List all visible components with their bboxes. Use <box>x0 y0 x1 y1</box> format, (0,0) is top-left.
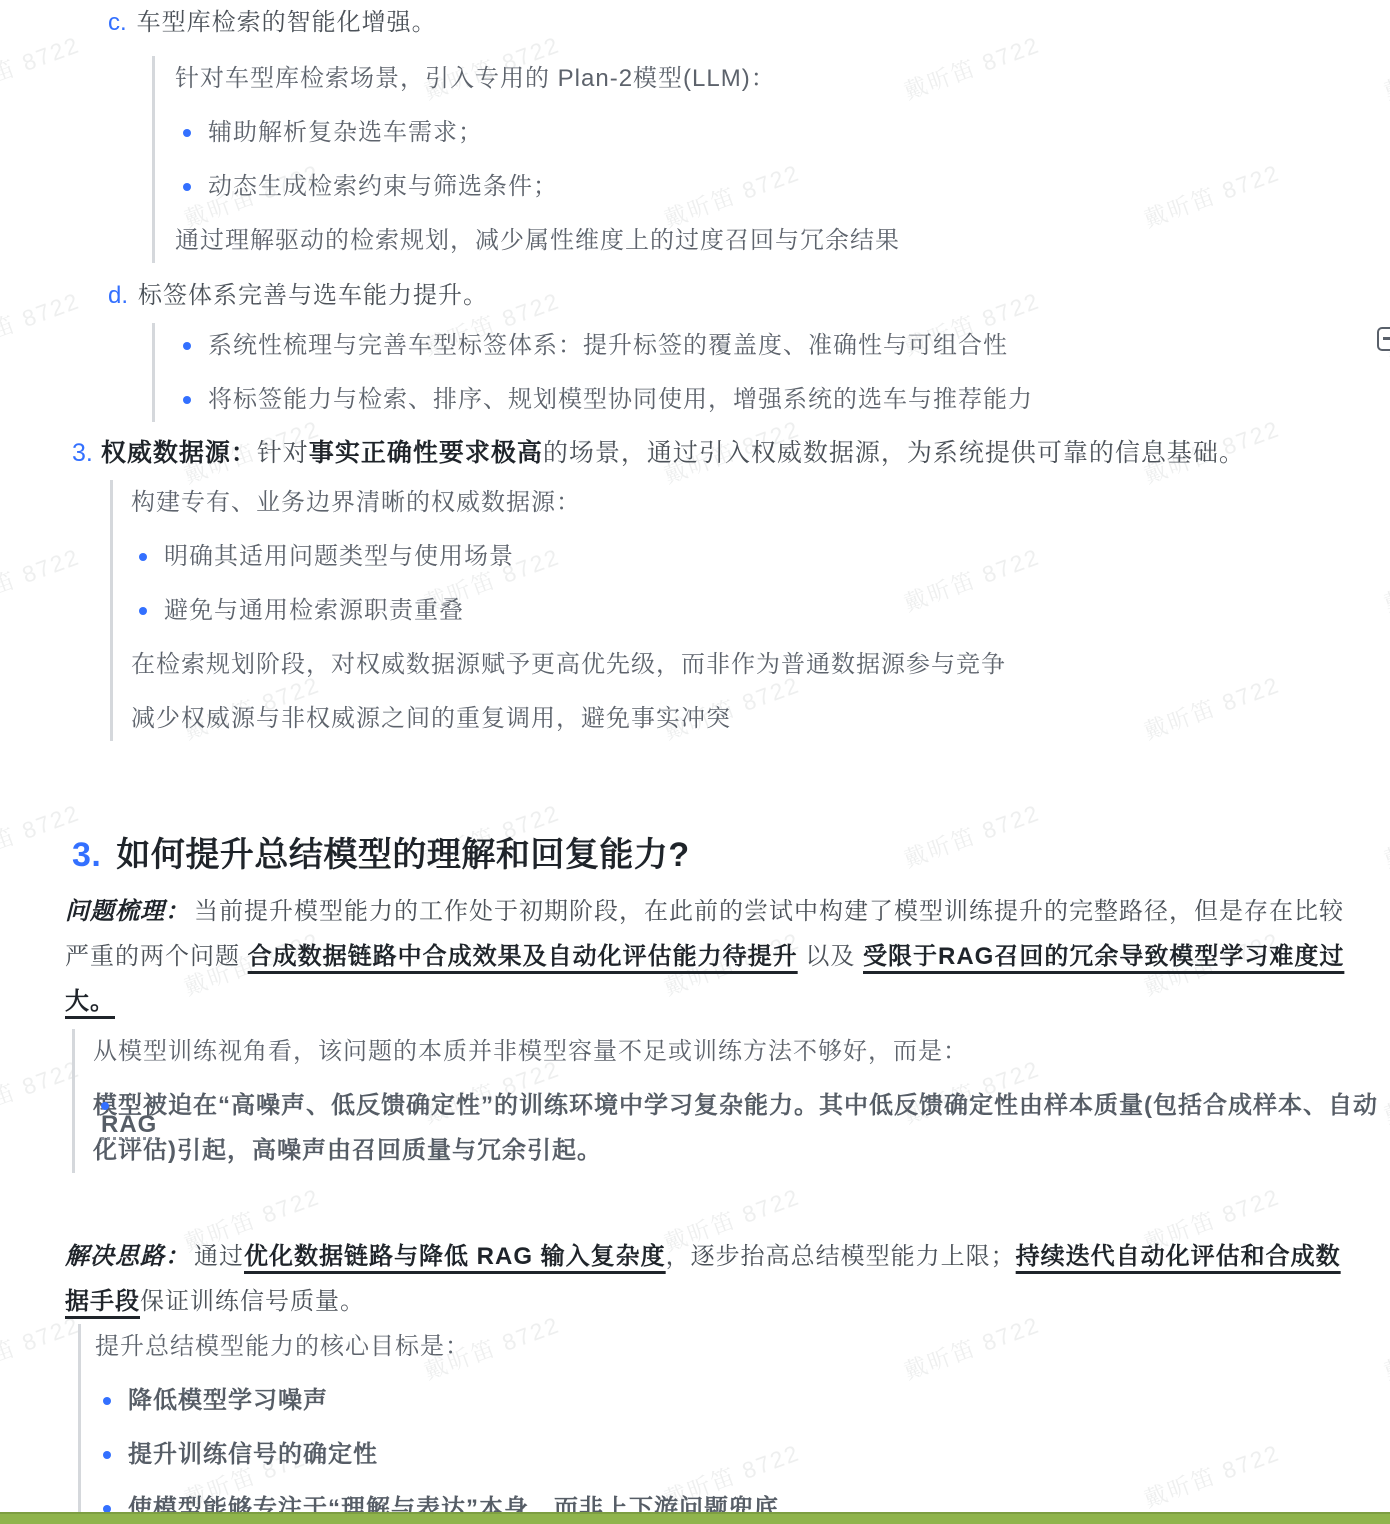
quote-paragraph: 模型被迫在“高噪声、低反馈确定性”的训练环境中学习复杂能力。其中低反馈确定性由样… <box>93 1083 1390 1173</box>
text-segment: 事实正确性要求极高 <box>309 439 543 467</box>
text-segment: 系统性梳理与完善车型标签体系：提升标签的覆盖度、准确性与可组合性 <box>208 332 1008 359</box>
list-item-d: d.标签体系完善与选车能力提升。 <box>108 273 1390 318</box>
bottom-bar <box>0 1512 1390 1524</box>
quote-bullet-item: 避免与通用检索源职责重叠 <box>131 588 1390 633</box>
quote-text: 减少权威源与非权威源之间的重复调用，避免事实冲突 <box>131 705 731 732</box>
quote-bullet-item: 系统性梳理与完善车型标签体系：提升标签的覆盖度、准确性与可组合性 <box>175 323 1390 368</box>
text-segment: 针对车型库检索场景，引入专用的 Plan-2模型(LLM)： <box>175 65 776 92</box>
text-segment: 以及 <box>798 943 863 970</box>
bullet-dot <box>183 342 191 350</box>
quote-block-authority: 构建专有、业务边界清晰的权威数据源：明确其适用问题类型与使用场景避免与通用检索源… <box>110 480 1390 741</box>
bullet-dot <box>183 396 191 404</box>
quote-text: 明确其适用问题类型与使用场景 <box>164 543 514 570</box>
quote-bullet-item: 提升训练信号的确定性 <box>95 1432 1390 1477</box>
quote-text: 模型被迫在“高噪声、低反馈确定性”的训练环境中学习复杂能力。其中低反馈确定性由样… <box>93 1092 1378 1164</box>
section-heading: 3.如何提升总结模型的理解和回复能力? <box>72 831 1390 879</box>
bullet-dot <box>183 129 191 137</box>
bullet-dot <box>139 607 147 615</box>
doc-content: c.车型库检索的智能化增强。针对车型库检索场景，引入专用的 Plan-2模型(L… <box>0 0 1390 1524</box>
heading-text: 如何提升总结模型的理解和回复能力? <box>116 836 689 874</box>
bullet-dot <box>103 1451 111 1459</box>
quote-paragraph: 针对车型库检索场景，引入专用的 Plan-2模型(LLM)： <box>175 56 1390 101</box>
quote-text: 提升训练信号的确定性 <box>128 1441 378 1468</box>
list-marker: 3. <box>72 439 93 467</box>
text-segment: 保证训练信号质量。 <box>140 1288 365 1315</box>
list-marker: c. <box>108 9 127 36</box>
comment-icon[interactable] <box>1377 327 1390 351</box>
quote-text: 避免与通用检索源职责重叠 <box>164 597 464 624</box>
quote-paragraph: 提升总结模型能力的核心目标是： <box>95 1324 1390 1369</box>
text-segment: 通过理解驱动的检索规划，减少属性维度上的过度召回与冗余结果 <box>175 227 900 254</box>
list-marker: d. <box>108 282 128 309</box>
quote-text: 提升总结模型能力的核心目标是： <box>95 1333 470 1360</box>
text-segment: 提升总结模型能力的核心目标是： <box>95 1333 470 1360</box>
quote-block-c: 针对车型库检索场景，引入专用的 Plan-2模型(LLM)：辅助解析复杂选车需求… <box>152 56 1390 263</box>
text-segment: 减少权威源与非权威源之间的重复调用，避免事实冲突 <box>131 705 731 732</box>
text-segment: 将标签能力与检索、排序、规划模型协同使用，增强系统的选车与推荐能力 <box>208 386 1033 413</box>
text-segment: ，逐步抬高总结模型能力上限； <box>666 1243 1016 1270</box>
quote-paragraph: 构建专有、业务边界清晰的权威数据源： <box>131 480 1390 525</box>
list-item-c: c.车型库检索的智能化增强。 <box>108 0 1390 45</box>
text-segment: 降低模型学习噪声 <box>128 1387 328 1414</box>
paragraph-problem: 问题梳理：当前提升模型能力的工作处于初期阶段，在此前的尝试中构建了模型训练提升的… <box>65 889 1362 1024</box>
text-segment: 通过 <box>194 1243 244 1270</box>
quote-text: 系统性梳理与完善车型标签体系：提升标签的覆盖度、准确性与可组合性 <box>208 332 1008 359</box>
quote-block-analysis: 从模型训练视角看，该问题的本质并非模型容量不足或训练方法不够好，而是：模型被迫在… <box>72 1029 1390 1173</box>
quote-paragraph: 减少权威源与非权威源之间的重复调用，避免事实冲突 <box>131 696 1390 741</box>
text-segment: 避免与通用检索源职责重叠 <box>164 597 464 624</box>
text-segment: 提升训练信号的确定性 <box>128 1441 378 1468</box>
text-segment: 优化数据链路与降低 RAG 输入复杂度 <box>244 1243 666 1270</box>
text-segment: 针对 <box>257 439 309 467</box>
bullet-dot <box>183 183 191 191</box>
quote-bullet-item: 将标签能力与检索、排序、规划模型协同使用，增强系统的选车与推荐能力 <box>175 377 1390 422</box>
quote-text: 辅助解析复杂选车需求； <box>208 119 483 146</box>
quote-bullet-item: 辅助解析复杂选车需求； <box>175 110 1390 155</box>
bullet-dot <box>139 553 147 561</box>
quote-text: 动态生成检索约束与筛选条件； <box>208 173 558 200</box>
text-segment: 的场景，通过引入权威数据源，为系统提供可靠的信息基础。 <box>543 439 1245 467</box>
list-item-text: 车型库检索的智能化增强。 <box>137 9 437 36</box>
text-segment: 在检索规划阶段，对权威数据源赋予更高优先级，而非作为普通数据源参与竞争 <box>131 651 1006 678</box>
quote-paragraph: 通过理解驱动的检索规划，减少属性维度上的过度召回与冗余结果 <box>175 218 1390 263</box>
quote-paragraph: 在检索规划阶段，对权威数据源赋予更高优先级，而非作为普通数据源参与竞争 <box>131 642 1390 687</box>
text-segment: 动态生成检索约束与筛选条件； <box>208 173 558 200</box>
quote-bullet-item: 降低模型学习噪声 <box>95 1378 1390 1423</box>
quote-bullet-item: 动态生成检索约束与筛选条件； <box>175 164 1390 209</box>
text-segment: 权威数据源： <box>101 439 257 467</box>
quote-text: 将标签能力与检索、排序、规划模型协同使用，增强系统的选车与推荐能力 <box>208 386 1033 413</box>
quote-bullet-item: 明确其适用问题类型与使用场景 <box>131 534 1390 579</box>
paragraph-solution: 解决思路：通过优化数据链路与降低 RAG 输入复杂度，逐步抬高总结模型能力上限；… <box>65 1234 1362 1324</box>
text-segment: 明确其适用问题类型与使用场景 <box>164 543 514 570</box>
text-segment: 问题梳理： <box>65 898 190 925</box>
quote-text: 在检索规划阶段，对权威数据源赋予更高优先级，而非作为普通数据源参与竞争 <box>131 651 1006 678</box>
quote-block-d: 系统性梳理与完善车型标签体系：提升标签的覆盖度、准确性与可组合性将标签能力与检索… <box>152 323 1390 422</box>
text-segment: 从模型训练视角看，该问题的本质并非模型容量不足或训练方法不够好，而是： <box>93 1038 968 1065</box>
quote-paragraph: 从模型训练视角看，该问题的本质并非模型容量不足或训练方法不够好，而是： <box>93 1029 1390 1074</box>
quote-block-goals: 提升总结模型能力的核心目标是：降低模型学习噪声提升训练信号的确定性使模型能够专注… <box>78 1324 1390 1524</box>
text-segment: 标签体系完善与选车能力提升。 <box>138 282 488 309</box>
page: 戴昕笛 8722戴昕笛 8722戴昕笛 8722戴昕笛 8722戴昕笛 8722… <box>0 0 1390 1524</box>
list-item-3-authority: 3.权威数据源：针对事实正确性要求极高的场景，通过引入权威数据源，为系统提供可靠… <box>72 429 1390 477</box>
quote-text: 通过理解驱动的检索规划，减少属性维度上的过度召回与冗余结果 <box>175 227 900 254</box>
text-segment: 模型被迫在“高噪声、低反馈确定性”的训练环境中学习复杂能力。其中低反馈确定性由样… <box>93 1092 1378 1164</box>
bullet-dot <box>103 1397 111 1405</box>
text-segment: 合成数据链路中合成效果及自动化评估能力待提升 <box>248 943 798 970</box>
text-segment: 车型库检索的智能化增强。 <box>137 9 437 36</box>
text-segment: 辅助解析复杂选车需求； <box>208 119 483 146</box>
list-item-text: 权威数据源：针对事实正确性要求极高的场景，通过引入权威数据源，为系统提供可靠的信… <box>101 439 1245 467</box>
text-segment: 构建专有、业务边界清晰的权威数据源： <box>131 489 581 516</box>
list-marker: 3. <box>72 836 101 874</box>
text-segment: RAG <box>101 1102 109 1110</box>
comment-icon-dash <box>1383 337 1390 340</box>
list-item-text: 标签体系完善与选车能力提升。 <box>138 282 488 309</box>
text-segment: 解决思路： <box>65 1243 190 1270</box>
quote-text: 针对车型库检索场景，引入专用的 Plan-2模型(LLM)： <box>175 65 776 92</box>
quote-text: 构建专有、业务边界清晰的权威数据源： <box>131 489 581 516</box>
text-segment: 召回质量与冗余引起。 <box>352 1137 602 1164</box>
text-segment: 如何提升总结模型的理解和回复能力? <box>116 836 689 874</box>
quote-text: 降低模型学习噪声 <box>128 1387 328 1414</box>
quote-text: 从模型训练视角看，该问题的本质并非模型容量不足或训练方法不够好，而是： <box>93 1038 968 1065</box>
